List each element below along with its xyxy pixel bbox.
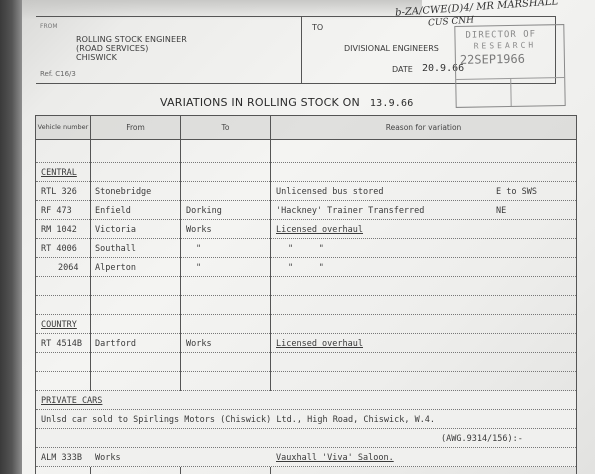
reference-number: Ref. C16/3 (40, 70, 76, 78)
table-row: RM 1042 Victoria Works Licensed overhaul (36, 220, 576, 239)
reason: Unlicensed bus stored (276, 187, 383, 197)
section-row-country: COUNTRY (36, 315, 576, 334)
variations-table: Vehicle number From To Reason for variat… (35, 115, 577, 474)
from-garage: Victoria (95, 225, 136, 235)
to-garage-ditto: " (196, 244, 201, 254)
recipient: DIVISIONAL ENGINEERS (344, 44, 439, 53)
date-label: DATE (392, 65, 413, 74)
reason: 'Hackney' Trainer Transferred (276, 206, 424, 216)
vehicle-number: 2064 (58, 263, 78, 273)
col-to: To (181, 116, 270, 139)
table-row-blank (36, 140, 576, 163)
vehicle-number: RT 4006 (41, 244, 77, 254)
file-reference: (AWG.9314/156):- (441, 434, 523, 444)
table-row-blank (36, 296, 576, 315)
col-from: From (91, 116, 180, 139)
table-row-blank (36, 353, 576, 372)
stamp-divider-vertical (510, 78, 511, 106)
table-row: RT 4006 Southall " " " (36, 239, 576, 258)
title-date: 13.9.66 (370, 98, 414, 109)
to-label: TO (312, 23, 323, 32)
section-row-private-cars: PRIVATE CARS (36, 391, 576, 410)
vehicle-number: RM 1042 (41, 225, 77, 235)
table-row: RT 4514B Dartford Works Licensed overhau… (36, 334, 576, 353)
note: NE (496, 206, 506, 216)
table-row-note: (AWG.9314/156):- (36, 429, 576, 448)
col-vehicle-number: Vehicle number (36, 116, 90, 139)
reason: Licensed overhaul (276, 339, 363, 349)
reason-ditto: " " (288, 244, 324, 254)
vehicle-number: RF 473 (41, 206, 72, 216)
from-garage: Works (95, 453, 121, 463)
table-row: RF 473 Enfield Dorking 'Hackney' Trainer… (36, 201, 576, 220)
vehicle-number: ALM 333B (41, 453, 82, 463)
from-garage: Dartford (95, 339, 136, 349)
section-label: CENTRAL (41, 168, 77, 178)
section-label: COUNTRY (41, 320, 77, 330)
to-garage-ditto: " (196, 263, 201, 273)
table-row-note: Unlsd car sold to Spirlings Motors (Chis… (36, 410, 576, 429)
from-label: FROM (40, 23, 58, 30)
received-stamp: DIRECTOR OF RESEARCH 22SEP1966 (454, 24, 565, 108)
from-garage: Stonebridge (95, 187, 151, 197)
vehicle-number: RTL 326 (41, 187, 77, 197)
from-box: FROM ROLLING STOCK ENGINEER (ROAD SERVIC… (36, 16, 301, 84)
table-row-blank (36, 372, 576, 391)
to-garage: Dorking (186, 206, 222, 216)
reason-ditto: " " (288, 263, 324, 273)
table-header: Vehicle number From To Reason for variat… (36, 116, 576, 140)
stamp-line-2: RESEARCH (474, 41, 537, 51)
reason: Licensed overhaul (276, 225, 363, 235)
title-text: VARIATIONS IN ROLLING STOCK ON (160, 96, 360, 109)
to-garage: Works (186, 225, 212, 235)
sender-line-2: (ROAD SERVICES) (76, 44, 187, 53)
document-title: VARIATIONS IN ROLLING STOCK ON13.9.66 (160, 96, 413, 109)
table-row: 2064 Alperton " " " (36, 258, 576, 277)
table-row-blank (36, 277, 576, 296)
sender-address: ROLLING STOCK ENGINEER (ROAD SERVICES) C… (76, 35, 187, 62)
stamp-line-1: DIRECTOR OF (465, 30, 536, 41)
vehicle-number: RT 4514B (41, 339, 82, 349)
to-garage: Works (186, 339, 212, 349)
sender-line-3: CHISWICK (76, 53, 187, 62)
stamp-date: 22SEP1966 (460, 52, 525, 67)
from-garage: Southall (95, 244, 136, 254)
sale-note: Unlsd car sold to Spirlings Motors (Chis… (41, 415, 435, 425)
reason: Vauxhall 'Viva' Saloon. (276, 453, 394, 463)
section-row-central: CENTRAL (36, 163, 576, 182)
sender-line-1: ROLLING STOCK ENGINEER (76, 35, 187, 44)
from-garage: Enfield (95, 206, 131, 216)
section-label: PRIVATE CARS (41, 396, 102, 406)
from-garage: Alperton (95, 263, 136, 273)
col-reason: Reason for variation (271, 116, 576, 139)
table-row: RTL 326 Stonebridge Unlicensed bus store… (36, 182, 576, 201)
note: E to SWS (496, 187, 537, 197)
table-row: ALM 333B Works Vauxhall 'Viva' Saloon. (36, 448, 576, 467)
